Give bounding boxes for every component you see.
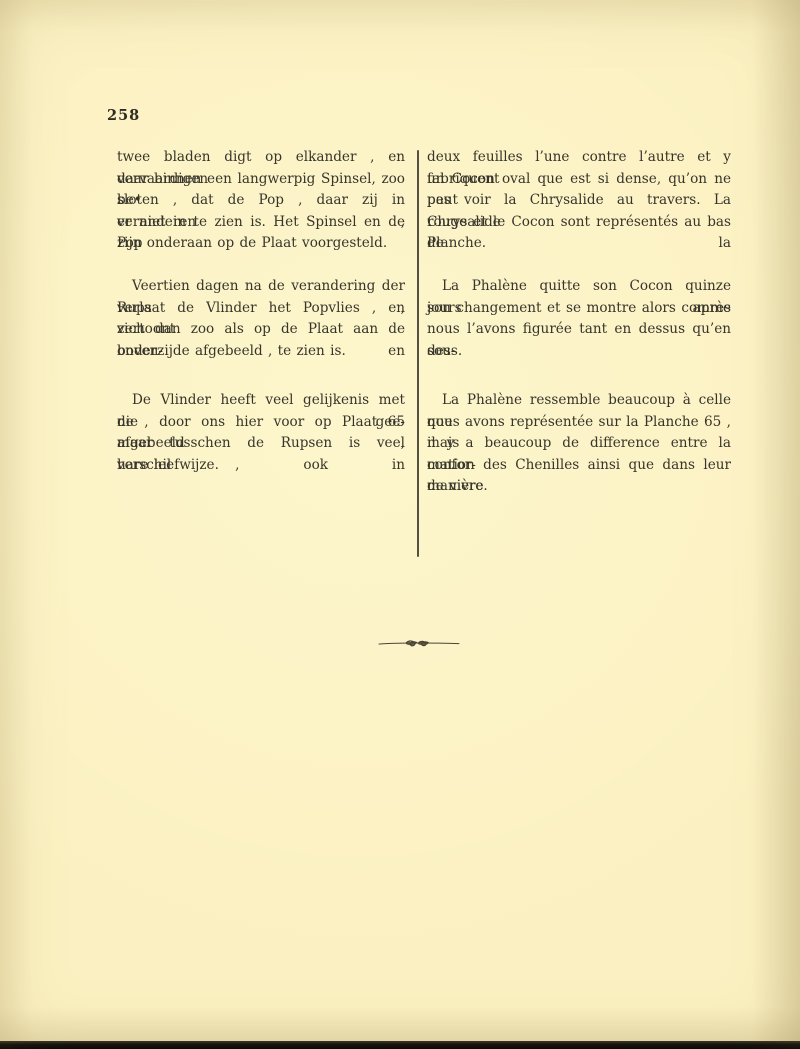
text-line: La Phalène ressemble beaucoup à celle qu… bbox=[427, 390, 731, 412]
text-line: verlaat de Vlinder het Popvlies , en ver… bbox=[117, 298, 405, 320]
text-line: rouge et le Cocon sont représentés au ba… bbox=[427, 212, 731, 234]
text-line: deux feuilles l’une contre l’autre et y … bbox=[427, 147, 731, 169]
paragraph: La Phalène quitte son Cocon quinze jours… bbox=[427, 276, 731, 362]
book-page: 258 twee bladen digt op elkander , en ve… bbox=[0, 0, 800, 1049]
text-line: il y a beaucoup de difference entre la c… bbox=[427, 433, 731, 455]
text-line: zich dan zoo als op de Plaat aan de bove… bbox=[117, 319, 405, 341]
text-line: maar tusschen de Rupsen is veel verschil… bbox=[117, 433, 405, 455]
text-line: de vivre. bbox=[427, 476, 731, 498]
text-line: De Vlinder heeft veel gelijkenis met die… bbox=[117, 390, 405, 412]
text-line: sous. bbox=[427, 341, 731, 363]
text-line: zijn onderaan op de Plaat voorgesteld. bbox=[117, 233, 405, 255]
paragraph: Veertien dagen na de verandering der Rup… bbox=[117, 276, 405, 362]
text-line: daar binnen een langwerpig Spinsel, zoo … bbox=[117, 169, 405, 191]
text-line: er niet in te zien is. Het Spinsel en de… bbox=[117, 212, 405, 234]
text-line: ne , door ons hier voor op Plaat 65 afge… bbox=[117, 412, 405, 434]
text-line: La Phalène quitte son Cocon quinze jours… bbox=[427, 276, 731, 298]
page-number: 258 bbox=[107, 107, 140, 124]
paragraph: De Vlinder heeft veel gelijkenis met die… bbox=[117, 390, 405, 476]
text-line: sloten , dat de Pop , daar zij in verand… bbox=[117, 190, 405, 212]
paragraph: deux feuilles l’une contre l’autre et y … bbox=[427, 147, 731, 255]
text-line: twee bladen digt op elkander , en vervaa… bbox=[117, 147, 405, 169]
text-line: nous avons représentée sur la Planche 65… bbox=[427, 412, 731, 434]
text-line: nous l’avons figurée tant en dessus qu’e… bbox=[427, 319, 731, 341]
column-divider-rule bbox=[417, 150, 419, 557]
text-line: Veertien dagen na de verandering der Rup… bbox=[117, 276, 405, 298]
scan-edge-bar bbox=[0, 1041, 800, 1049]
text-line: son changement et se montre alors comme bbox=[427, 298, 731, 320]
text-line: un Cocon oval que est si dense, qu’on ne… bbox=[427, 169, 731, 191]
paragraph: twee bladen digt op elkander , en vervaa… bbox=[117, 147, 405, 255]
paragraph: La Phalène ressemble beaucoup à celle qu… bbox=[427, 390, 731, 498]
text-line: mation des Chenilles ainsi que dans leur… bbox=[427, 455, 731, 477]
divider-ornament-icon bbox=[378, 637, 460, 649]
text-line: pas voir la Chrysalide au travers. La Ch… bbox=[427, 190, 731, 212]
